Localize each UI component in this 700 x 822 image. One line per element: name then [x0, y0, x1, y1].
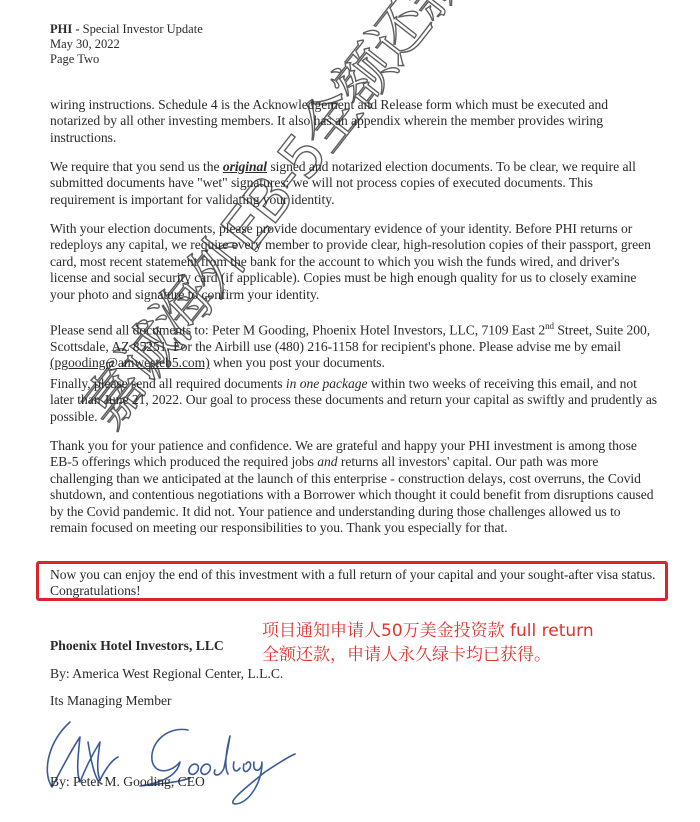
header-org: PHI -: [50, 22, 80, 36]
email-link[interactable]: (pgooding@amwesteb5.com): [50, 355, 210, 370]
annotation-line-2: 全额还款，申请人永久绿卡均已获得。: [262, 643, 594, 667]
paragraph-text: Please send all documents to: Peter M Go…: [50, 318, 660, 372]
paragraph-congratulations: Now you can enjoy the end of this invest…: [50, 567, 660, 600]
paragraph-text: With your election documents, please pro…: [50, 221, 660, 303]
text-span: Please send all documents to: Peter M Go…: [50, 323, 545, 338]
header-page: Page Two: [50, 52, 203, 67]
signature-company: Phoenix Hotel Investors, LLC: [50, 638, 224, 654]
paragraph-text: Thank you for your patience and confiden…: [50, 438, 660, 536]
signature-role: Its Managing Member: [50, 693, 172, 709]
handwritten-signature: [40, 712, 300, 812]
emphasis-and: and: [317, 454, 337, 469]
paragraph-text: We require that you send us the original…: [50, 159, 660, 208]
paragraph-original-documents: We require that you send us the original…: [50, 159, 660, 208]
paragraph-text: Finally, please send all required docume…: [50, 376, 660, 425]
superscript: nd: [545, 321, 554, 331]
paragraph-thank-you: Thank you for your patience and confiden…: [50, 438, 660, 536]
text-span: We require that you send us the: [50, 159, 223, 174]
paragraph-identity-evidence: With your election documents, please pro…: [50, 221, 660, 303]
header-date: May 30, 2022: [50, 37, 203, 52]
paragraph-text: wiring instructions. Schedule 4 is the A…: [50, 97, 660, 146]
letter-header: PHI - Special Investor Update May 30, 20…: [50, 22, 203, 67]
chinese-annotation: 项目通知申请人50万美金投资款 full return 全额还款，申请人永久绿卡…: [262, 619, 594, 667]
header-title-line: PHI - Special Investor Update: [50, 22, 203, 37]
paragraph-send-documents: Please send all documents to: Peter M Go…: [50, 318, 660, 372]
signature-by-regional-center: By: America West Regional Center, L.L.C.: [50, 666, 283, 682]
header-subject: Special Investor Update: [83, 22, 203, 36]
paragraph-one-package: Finally, please send all required docume…: [50, 376, 660, 425]
emphasis-one-package: in one package: [286, 376, 368, 391]
text-span: when you post your documents.: [210, 355, 385, 370]
annotation-line-1: 项目通知申请人50万美金投资款 full return: [262, 619, 594, 643]
paragraph-text: Now you can enjoy the end of this invest…: [50, 567, 660, 600]
emphasis-original: original: [223, 159, 267, 174]
signature-by-ceo: By: Peter M. Gooding, CEO: [50, 774, 205, 790]
text-span: Finally, please send all required docume…: [50, 376, 286, 391]
paragraph-wiring-instructions: wiring instructions. Schedule 4 is the A…: [50, 97, 660, 146]
